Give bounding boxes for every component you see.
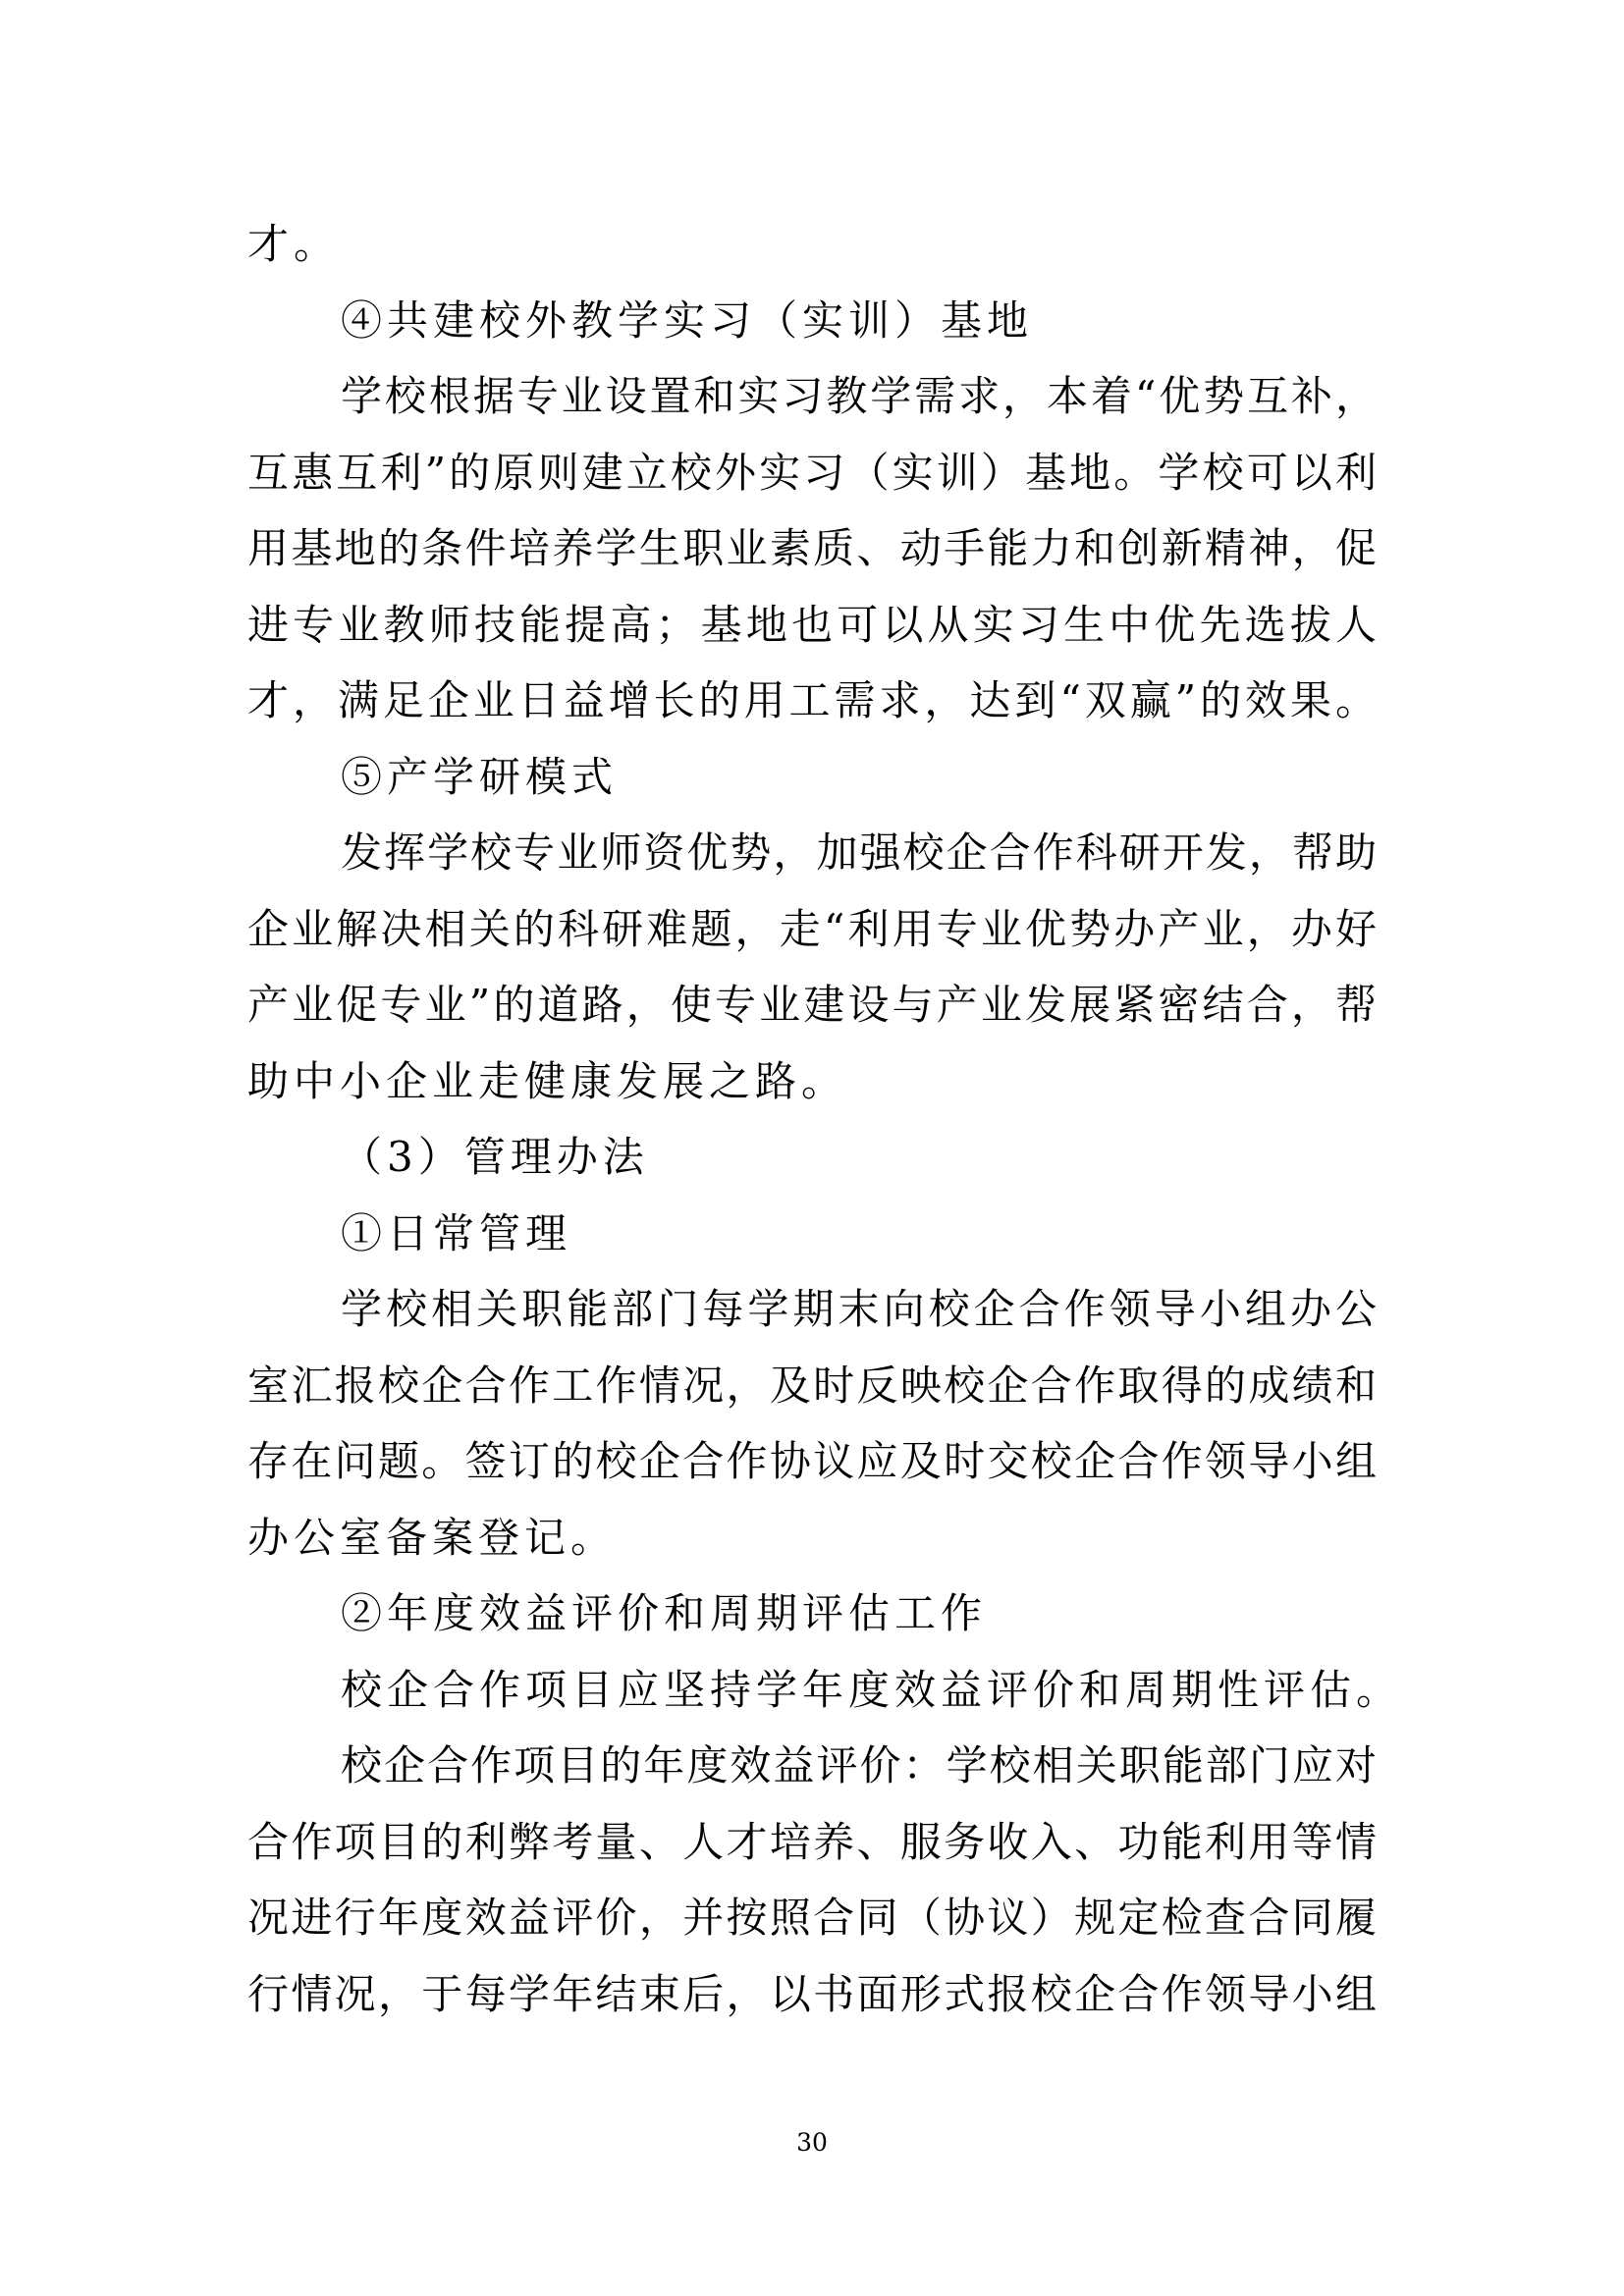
document-page: 才。 ④共建校外教学实习（实训）基地 学校根据专业设置和实习教学需求，本着“优势… xyxy=(0,0,1624,2296)
section-heading: （3）管理办法 xyxy=(247,1119,1377,1196)
section-heading: ②年度效益评价和周期评估工作 xyxy=(247,1575,1377,1652)
text-line: 校企合作项目应坚持学年度效益评价和周期性评估。 xyxy=(247,1652,1377,1729)
text-line: 发挥学校专业师资优势，加强校企合作科研开发，帮助 xyxy=(247,815,1377,891)
text-line: 学校相关职能部门每学期末向校企合作领导小组办公 xyxy=(247,1271,1377,1348)
text-line: 存在问题。签订的校企合作协议应及时交校企合作领导小组 xyxy=(247,1423,1377,1500)
text-line: 办公室备案登记。 xyxy=(247,1500,1377,1576)
text-line: 行情况，于每学年结束后，以书面形式报校企合作领导小组 xyxy=(247,1956,1377,2033)
section-heading: ④共建校外教学实习（实训）基地 xyxy=(247,283,1377,359)
text-line: 企业解决相关的科研难题，走“利用专业优势办产业，办好 xyxy=(247,891,1377,968)
text-line: 进专业教师技能提高；基地也可以从实习生中优先选拔人 xyxy=(247,587,1377,664)
text-line: 互惠互利”的原则建立校外实习（实训）基地。学校可以利 xyxy=(247,435,1377,511)
section-heading: ⑤产学研模式 xyxy=(247,739,1377,816)
page-number: 30 xyxy=(0,2123,1624,2163)
text-line: 校企合作项目的年度效益评价：学校相关职能部门应对 xyxy=(247,1728,1377,1804)
text-line: 室汇报校企合作工作情况，及时反映校企合作取得的成绩和 xyxy=(247,1348,1377,1424)
section-heading: ①日常管理 xyxy=(247,1196,1377,1272)
text-line: 用基地的条件培养学生职业素质、动手能力和创新精神，促 xyxy=(247,510,1377,587)
text-line: 产业促专业”的道路，使专业建设与产业发展紧密结合，帮 xyxy=(247,967,1377,1043)
document-body: 才。 ④共建校外教学实习（实训）基地 学校根据专业设置和实习教学需求，本着“优势… xyxy=(247,206,1377,2032)
text-line: 况进行年度效益评价，并按照合同（协议）规定检查合同履 xyxy=(247,1880,1377,1956)
text-line: 才，满足企业日益增长的用工需求，达到“双赢”的效果。 xyxy=(247,663,1377,739)
text-line: 学校根据专业设置和实习教学需求，本着“优势互补， xyxy=(247,358,1377,435)
text-line: 助中小企业走健康发展之路。 xyxy=(247,1043,1377,1120)
text-line: 才。 xyxy=(247,206,1377,283)
text-line: 合作项目的利弊考量、人才培养、服务收入、功能利用等情 xyxy=(247,1804,1377,1881)
